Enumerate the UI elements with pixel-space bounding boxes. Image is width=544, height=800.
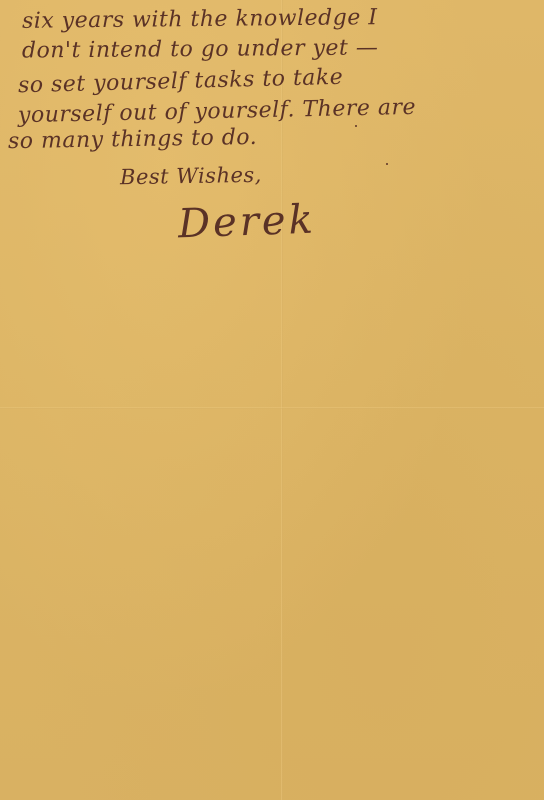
- signature: Derek: [177, 198, 316, 247]
- letter-body-line-4: yourself out of yourself. There are: [18, 96, 416, 128]
- letter-body-line-5: so many things to do.: [8, 126, 258, 154]
- ink-dot-mark: [355, 125, 357, 127]
- letter-body-line-3: so set yourself tasks to take: [18, 66, 344, 99]
- letter-page: six years with the knowledge I don't int…: [0, 0, 544, 800]
- ink-dot-mark: [386, 163, 388, 165]
- letter-body-line-2: don't intend to go under yet —: [22, 36, 379, 63]
- letter-body-line-1: six years with the knowledge I: [22, 6, 378, 34]
- letter-closing: Best Wishes,: [120, 163, 262, 189]
- horizontal-fold-crease: [0, 407, 544, 409]
